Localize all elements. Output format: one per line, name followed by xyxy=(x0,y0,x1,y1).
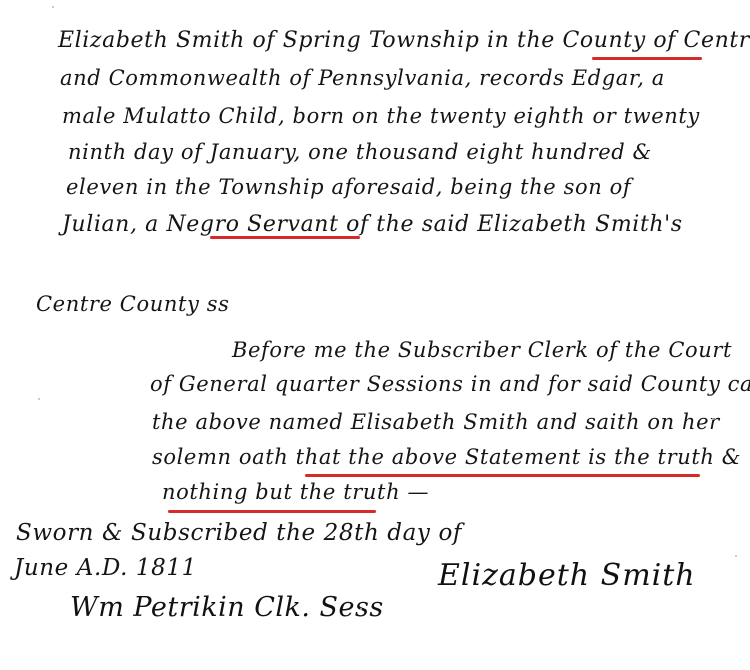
clerk-signature: Wm Petrikin Clk. Sess xyxy=(70,592,384,623)
underline-statement-truth xyxy=(305,474,700,477)
scan-speck xyxy=(735,555,737,557)
signatory-signature: Elizabeth Smith xyxy=(438,558,696,593)
statement-line-4: ninth day of January, one thousand eight… xyxy=(68,140,652,164)
document-page: Elizabeth Smith of Spring Township in th… xyxy=(0,0,750,670)
statement-line-2: and Commonwealth of Pennsylvania, record… xyxy=(60,66,665,90)
scan-speck xyxy=(38,398,40,400)
scan-speck xyxy=(712,418,714,420)
venue-label: Centre County ss xyxy=(36,292,230,316)
statement-line-5: eleven in the Township aforesaid, being … xyxy=(66,175,631,199)
oath-line-1: Before me the Subscriber Clerk of the Co… xyxy=(232,338,732,362)
jurat-line-2: June A.D. 1811 xyxy=(14,555,197,581)
scan-speck xyxy=(52,6,54,8)
statement-line-6: Julian, a Negro Servant of the said Eliz… xyxy=(62,212,683,237)
jurat-line-1: Sworn & Subscribed the 28th day of xyxy=(16,520,462,546)
oath-line-3: the above named Elisabeth Smith and sait… xyxy=(152,410,720,434)
oath-line-5: nothing but the truth — xyxy=(162,480,429,504)
oath-line-4: solemn oath that the above Statement is … xyxy=(152,445,741,469)
statement-line-3: male Mulatto Child, born on the twenty e… xyxy=(62,104,700,128)
underline-negro-servant xyxy=(210,236,360,239)
oath-line-2: of General quarter Sessions in and for s… xyxy=(150,372,750,396)
scan-speck xyxy=(360,608,362,610)
underline-county-of-centre xyxy=(592,57,702,60)
underline-nothing-but-the-truth xyxy=(168,510,376,513)
statement-line-1: Elizabeth Smith of Spring Township in th… xyxy=(58,28,750,53)
